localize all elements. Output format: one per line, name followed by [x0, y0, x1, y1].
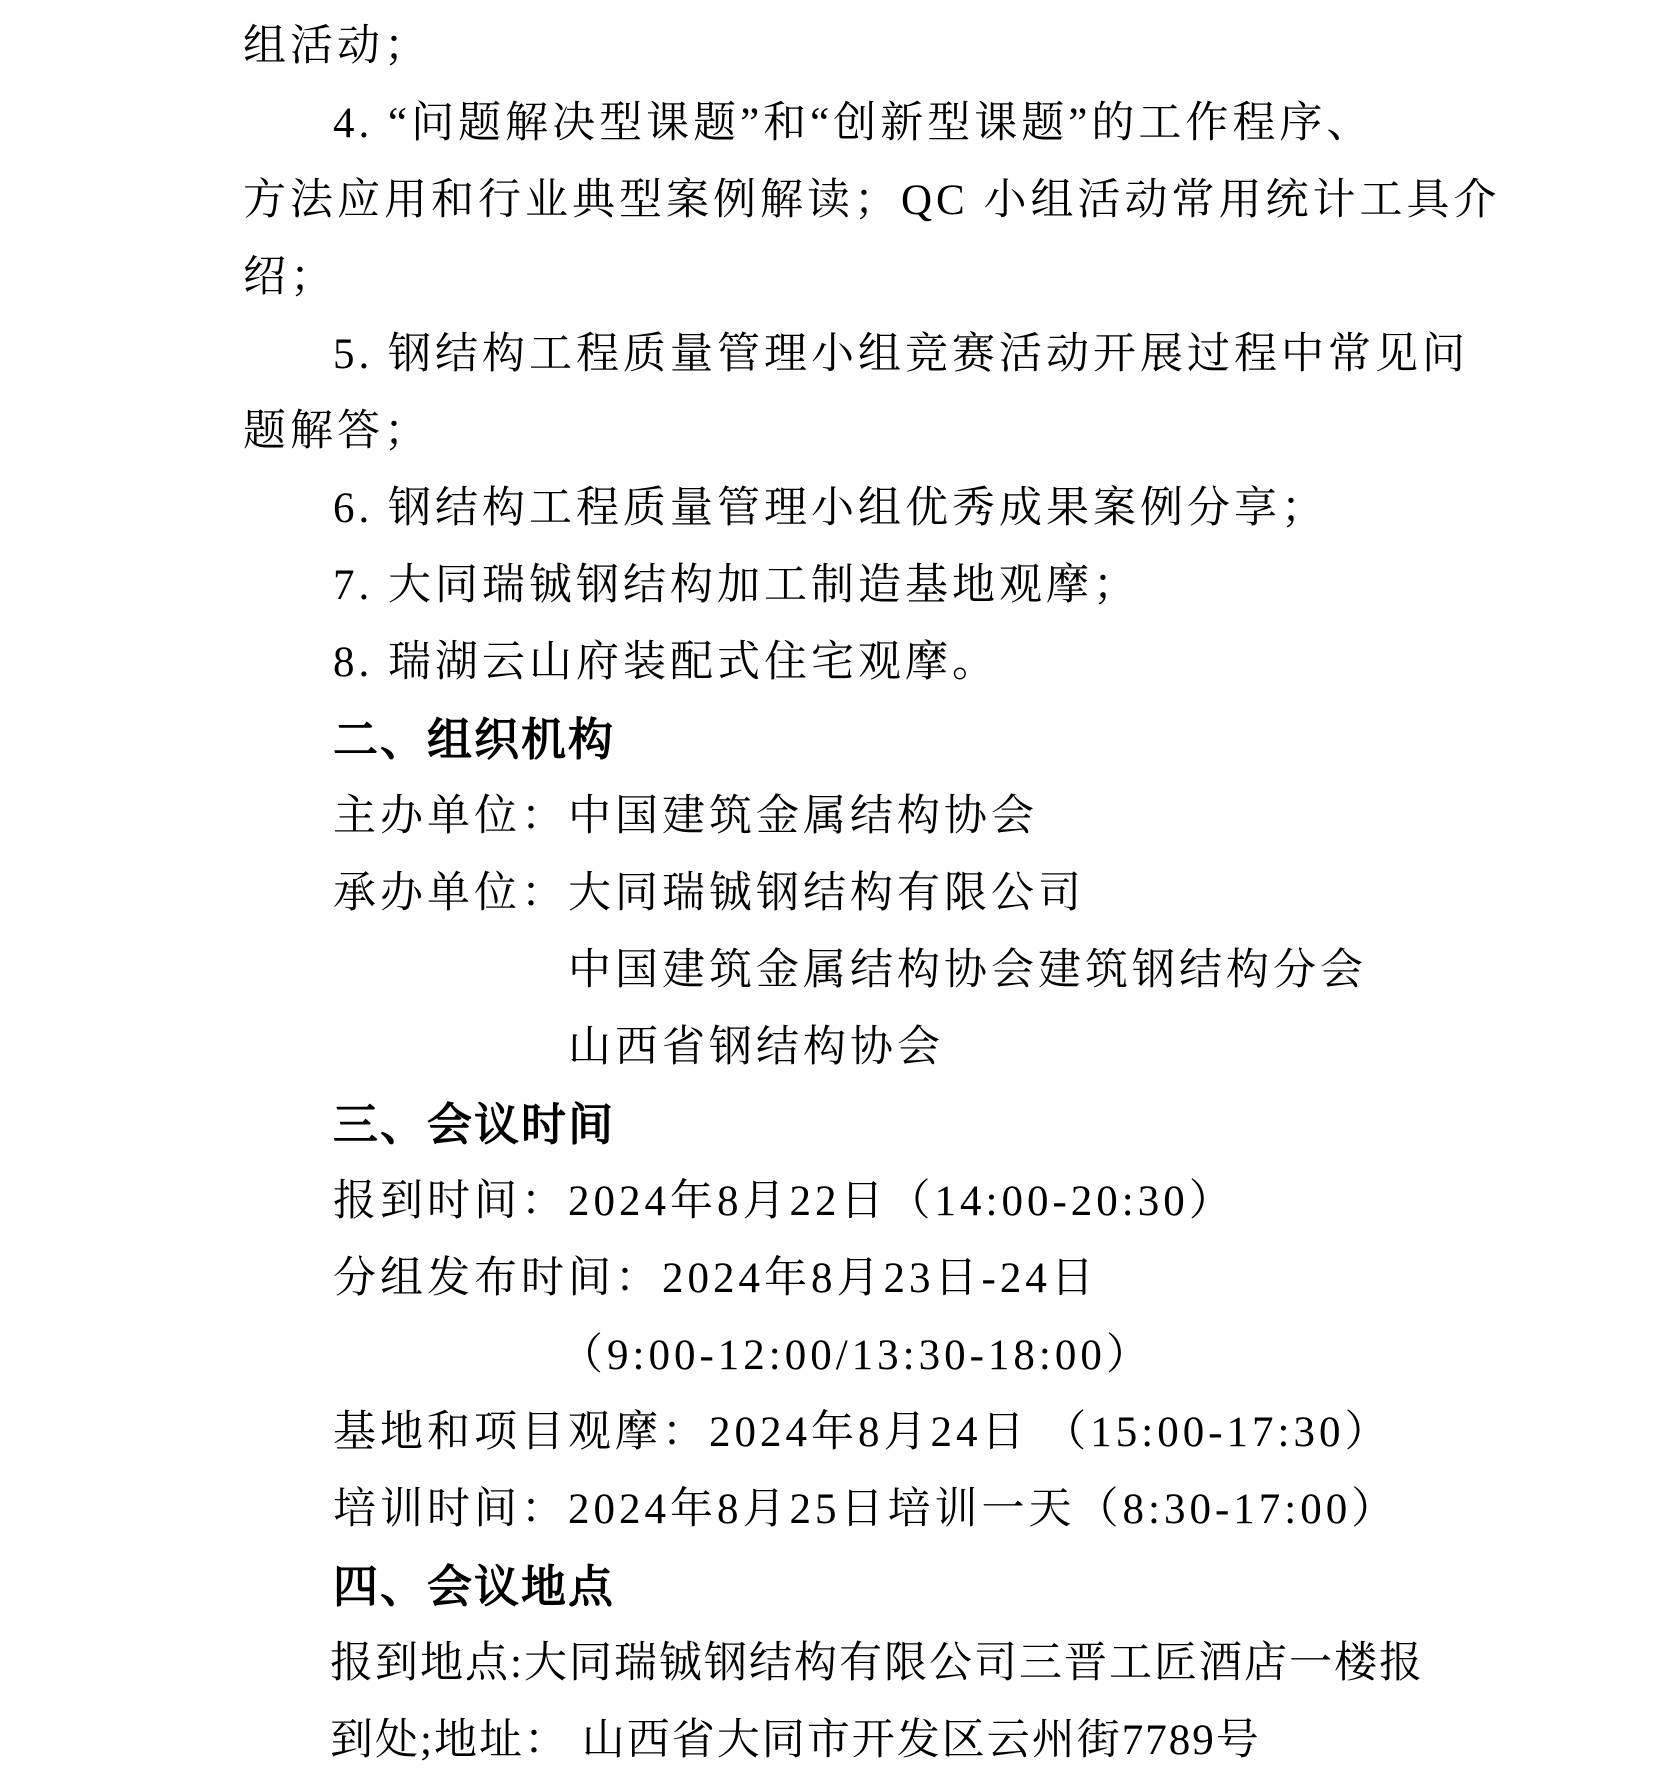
document-page: 组活动； 4. “问题解决型课题”和“创新型课题”的工作程序、 方法应用和行业典…: [0, 0, 1654, 1779]
address-line: 到处;地址： 山西省大同市开发区云州街7789号: [330, 1702, 1654, 1779]
site-visit-time-line: 基地和项目观摩：2024年8月24日 （15:00-17:30）: [333, 1394, 1654, 1471]
section-heading-meeting-location: 四、会议地点: [333, 1548, 1654, 1625]
checkin-location-line: 报到地点:大同瑞铖钢结构有限公司三晋工匠酒店一楼报: [330, 1625, 1654, 1702]
paragraph-continuation-line: 题解答；: [243, 393, 1654, 470]
co-organizer-extra-line: 中国建筑金属结构协会建筑钢结构分会: [568, 932, 1654, 1009]
group-release-time-line: 分组发布时间：2024年8月23日-24日: [333, 1240, 1654, 1317]
co-organizer-extra-line: 山西省钢结构协会: [568, 1009, 1654, 1086]
agenda-item-7: 7. 大同瑞铖钢结构加工制造基地观摩；: [333, 547, 1654, 624]
host-organizer-line: 主办单位：中国建筑金属结构协会: [333, 778, 1654, 855]
agenda-item-5: 5. 钢结构工程质量管理小组竞赛活动开展过程中常见问: [333, 316, 1654, 393]
paragraph-continuation-line: 组活动；: [243, 8, 1654, 85]
agenda-item-4: 4. “问题解决型课题”和“创新型课题”的工作程序、: [333, 85, 1654, 162]
agenda-item-6: 6. 钢结构工程质量管理小组优秀成果案例分享；: [333, 470, 1654, 547]
paragraph-continuation-line: 绍；: [243, 239, 1654, 316]
agenda-item-8: 8. 瑞湖云山府装配式住宅观摩。: [333, 624, 1654, 701]
co-organizer-line: 承办单位：大同瑞铖钢结构有限公司: [333, 855, 1654, 932]
checkin-time-line: 报到时间：2024年8月22日（14:00-20:30）: [333, 1163, 1654, 1240]
section-heading-organization: 二、组织机构: [333, 701, 1654, 778]
training-time-line: 培训时间：2024年8月25日培训一天（8:30-17:00）: [333, 1471, 1654, 1548]
time-detail-line: （9:00-12:00/13:30-18:00）: [560, 1317, 1654, 1394]
section-heading-meeting-time: 三、会议时间: [333, 1086, 1654, 1163]
paragraph-continuation-line: 方法应用和行业典型案例解读；QC 小组活动常用统计工具介: [243, 162, 1654, 239]
